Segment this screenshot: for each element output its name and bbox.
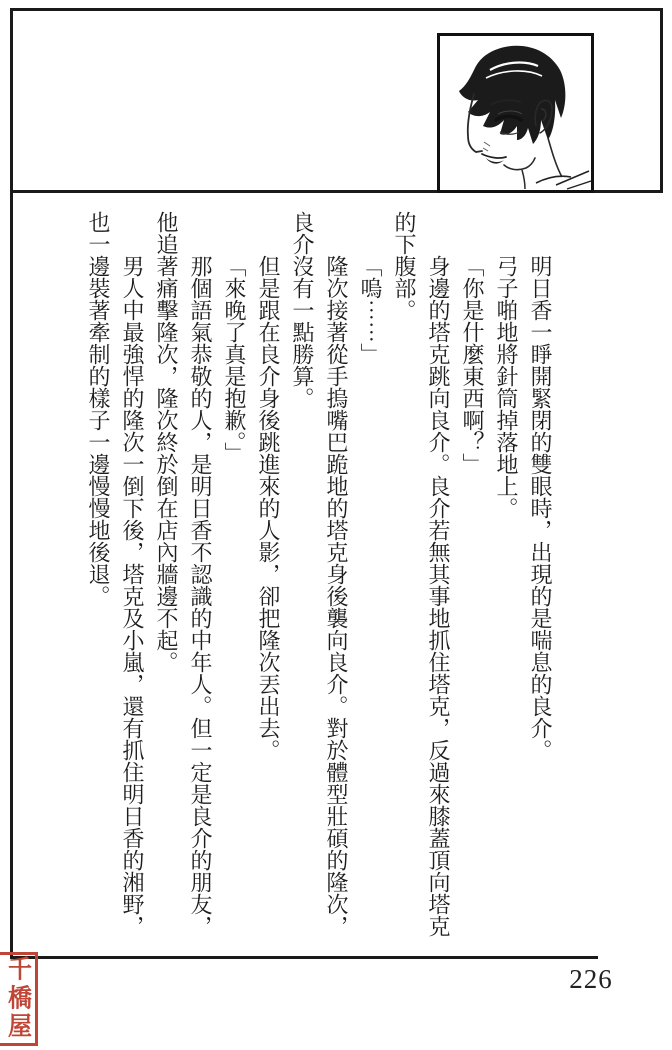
vertical-text-block: 明日香一睜開緊閉的雙眼時，出現的是喘息的良介。 弓子啪地將針筒掉落地上。 「你是… [81, 211, 557, 937]
novel-paragraph: 弓子啪地將針筒掉落地上。 [489, 211, 523, 937]
publisher-seal: 千 橋 屋 [0, 952, 38, 1046]
novel-paragraph: 身邊的塔克跳向良介。良介若無其事地抓住塔克，反過來膝蓋頂向塔克的下腹部。 [387, 211, 455, 937]
novel-paragraph: 明日香一睜開緊閉的雙眼時，出現的是喘息的良介。 [523, 211, 557, 937]
seal-character: 橋 [8, 985, 32, 1013]
page-frame-left [10, 8, 13, 959]
seal-character: 千 [8, 956, 32, 984]
novel-paragraph: 那個語氣恭敬的人，是明日香不認識的中年人。但一定是良介的朋友，他追著痛擊隆次，隆… [149, 211, 217, 937]
novel-paragraph: 「嗚⋯⋯」 [353, 211, 387, 937]
novel-paragraph: 「你是什麼東西啊？」 [455, 211, 489, 937]
page-frame-top [10, 8, 663, 11]
page-frame-right [660, 8, 663, 193]
portrait-sketch-icon [440, 36, 591, 190]
footer-rule [10, 956, 598, 959]
novel-paragraph: 「來晚了真是抱歉。」 [217, 211, 251, 937]
novel-paragraph: 隆次接著從手摀嘴巴跪地的塔克身後襲向良介。對於體型壯碩的隆次，良介沒有一點勝算。 [285, 211, 353, 937]
novel-page: 明日香一睜開緊閉的雙眼時，出現的是喘息的良介。 弓子啪地將針筒掉落地上。 「你是… [0, 0, 672, 1050]
page-number: 226 [560, 964, 622, 995]
novel-paragraph: 但是跟在良介身後跳進來的人影，卻把隆次丟出去。 [251, 211, 285, 937]
illustration-frame [437, 33, 594, 193]
novel-paragraph: 男人中最強悍的隆次一倒下後，塔克及小嵐，還有抓住明日香的湘野，也一邊裝著牽制的樣… [81, 211, 149, 937]
seal-character: 屋 [8, 1013, 32, 1041]
